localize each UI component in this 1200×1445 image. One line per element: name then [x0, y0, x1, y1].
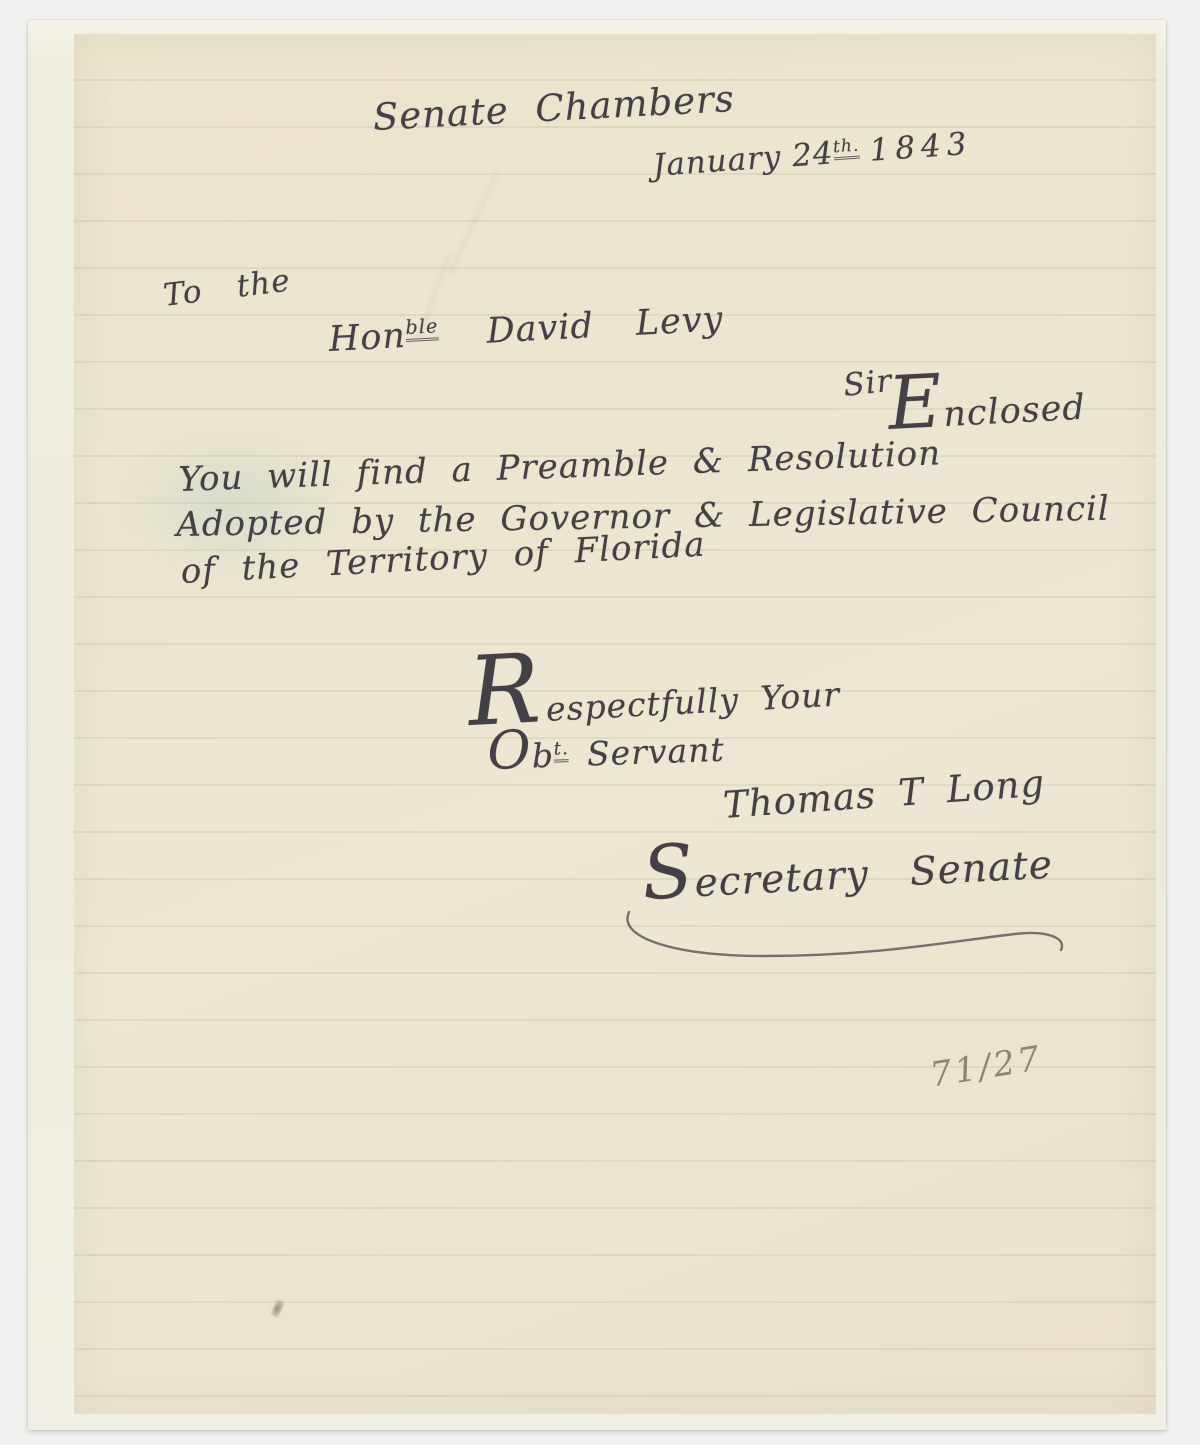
servant-word: Servant — [586, 730, 725, 774]
closing-servant-line: Obt.Servant — [487, 734, 725, 774]
signature-flourish — [615, 898, 1085, 968]
servant-abbrev-suffix: t. — [553, 738, 569, 763]
date-ordinal: th. — [832, 135, 860, 160]
date-year: 1843 — [868, 126, 973, 169]
scanned-letter-scene: Senate Chambers January 24th.1843 To the… — [0, 0, 1200, 1445]
servant-abbrev: Ob — [487, 736, 555, 777]
honorific-suffix: ble — [405, 315, 439, 343]
opening-word: Enclosed — [888, 392, 1087, 436]
honorific: Hon — [328, 316, 407, 360]
